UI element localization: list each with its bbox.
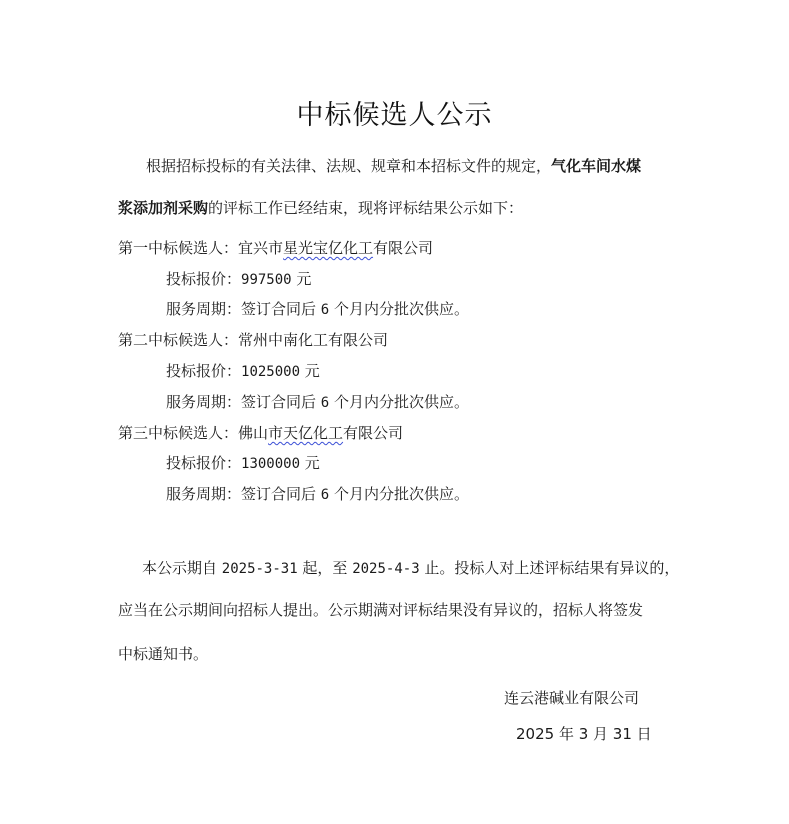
document-page: 中标候选人公示 根据招标投标的有关法律、法规、规章和本招标文件的规定，气化车间水…: [0, 0, 789, 824]
period-text: 签订合同后: [241, 300, 321, 318]
candidate-3-label: 第三中标候选人：: [118, 424, 238, 442]
notice-line-1: 本公示期自 2025-3-31 起，至 2025-4-3 止。投标人对上述评标结…: [142, 558, 679, 579]
notice-line-2: 应当在公示期间向招标人提出。公示期满对评标结果没有异议的，招标人将签发: [118, 600, 643, 620]
price-value: 1300000: [241, 456, 300, 472]
price-value: 997500: [241, 272, 292, 288]
notice-start-date: 2025-3-31: [222, 561, 298, 577]
candidate-2-name: 常州中南化工有限公司: [238, 331, 388, 349]
price-unit: 元: [300, 454, 320, 472]
period-months: 6: [321, 395, 329, 411]
price-label: 投标报价：: [166, 454, 241, 472]
notice-text: 起，至: [298, 559, 353, 577]
intro-text: 根据招标投标的有关法律、法规、规章和本招标文件的规定，: [146, 157, 551, 175]
candidate-2-row: 第二中标候选人：常州中南化工有限公司: [118, 330, 388, 350]
period-text-end: 个月内分批次供应。: [329, 300, 469, 318]
candidate-3-price: 投标报价：1300000 元: [166, 453, 320, 474]
intro-line-2: 浆添加剂采购的评标工作已经结束，现将评标结果公示如下：: [118, 198, 523, 218]
period-text: 签订合同后: [241, 485, 321, 503]
price-label: 投标报价：: [166, 362, 241, 380]
notice-text: 本公示期自: [142, 559, 222, 577]
period-months: 6: [321, 302, 329, 318]
intro-line-1: 根据招标投标的有关法律、法规、规章和本招标文件的规定，气化车间水煤: [146, 156, 641, 176]
period-label: 服务周期：: [166, 485, 241, 503]
candidate-1-name-post: 有限公司: [373, 239, 433, 257]
period-label: 服务周期：: [166, 393, 241, 411]
price-unit: 元: [300, 362, 320, 380]
candidate-3-period: 服务周期：签订合同后 6 个月内分批次供应。: [166, 484, 469, 505]
period-months: 6: [321, 487, 329, 503]
candidate-3-name-flagged: 市天亿化工: [268, 424, 343, 442]
candidate-1-period: 服务周期：签订合同后 6 个月内分批次供应。: [166, 299, 469, 320]
candidate-1-name-pre: 宜兴市: [238, 239, 283, 257]
price-label: 投标报价：: [166, 270, 241, 288]
notice-text: 止。投标人对上述评标结果有异议的，: [420, 559, 680, 577]
candidate-1-name-flagged: 星光宝亿化工: [283, 239, 373, 257]
page-title: 中标候选人公示: [0, 96, 789, 136]
project-name-part1: 气化车间水煤: [551, 157, 641, 175]
candidate-3-name-post: 有限公司: [343, 424, 403, 442]
candidate-2-label: 第二中标候选人：: [118, 331, 238, 349]
candidate-3-row: 第三中标候选人：佛山市天亿化工有限公司: [118, 423, 403, 443]
period-text: 签订合同后: [241, 393, 321, 411]
intro-text-cont: 的评标工作已经结束，现将评标结果公示如下：: [208, 199, 523, 217]
price-unit: 元: [292, 270, 312, 288]
project-name-part2: 浆添加剂采购: [118, 199, 208, 217]
candidate-3-name-pre: 佛山: [238, 424, 268, 442]
candidate-1-label: 第一中标候选人：: [118, 239, 238, 257]
candidate-2-price: 投标报价：1025000 元: [166, 361, 320, 382]
candidate-1-row: 第一中标候选人：宜兴市星光宝亿化工有限公司: [118, 238, 433, 258]
candidate-2-period: 服务周期：签订合同后 6 个月内分批次供应。: [166, 392, 469, 413]
signature-date: 2025 年 3 月 31 日: [516, 724, 652, 744]
notice-end-date: 2025-4-3: [352, 561, 419, 577]
period-text-end: 个月内分批次供应。: [329, 393, 469, 411]
notice-line-3: 中标通知书。: [118, 644, 208, 664]
period-label: 服务周期：: [166, 300, 241, 318]
candidate-1-price: 投标报价：997500 元: [166, 269, 311, 290]
period-text-end: 个月内分批次供应。: [329, 485, 469, 503]
price-value: 1025000: [241, 364, 300, 380]
signature-company: 连云港碱业有限公司: [504, 688, 639, 708]
